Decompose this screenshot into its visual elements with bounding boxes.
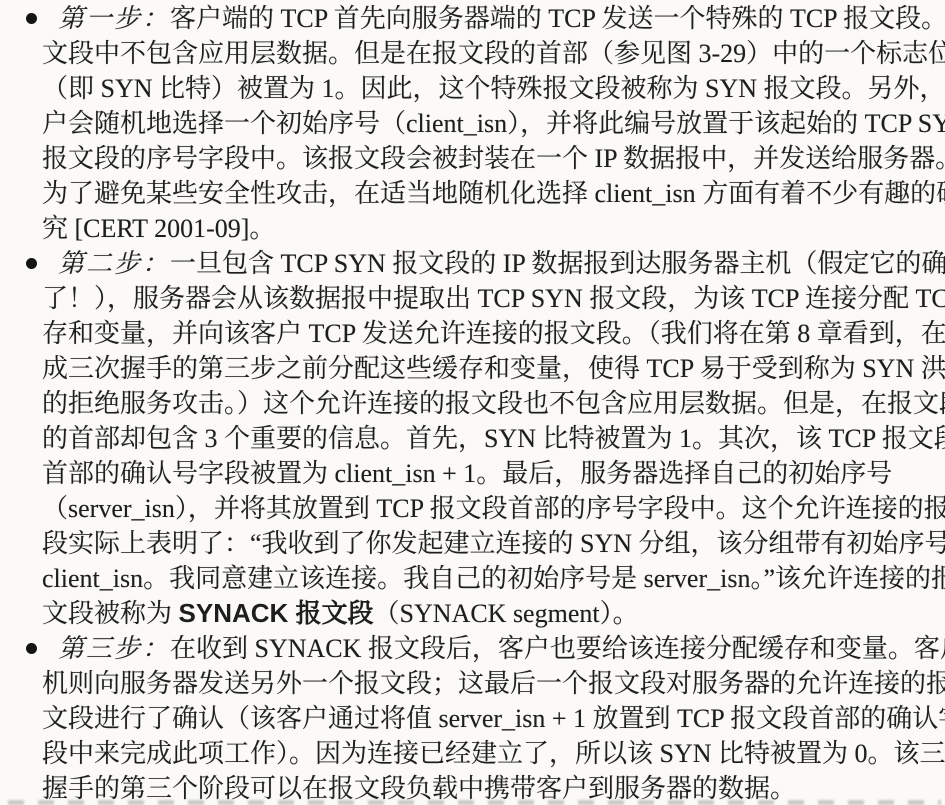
text-segment: （server_isn），并将其放置到 TCP 报文段首部的序号字段中。这个允许… bbox=[42, 494, 945, 523]
bold-term: SYNACK 报文段 bbox=[179, 598, 374, 628]
text-segment: 究 [CERT 2001-09]。 bbox=[42, 214, 275, 243]
steps-list: 第一步：客户端的 TCP 首先向服务器端的 TCP 发送一个特殊的 TCP 报文… bbox=[0, 0, 945, 805]
text-line: 第二步：一旦包含 TCP SYN 报文段的 IP 数据报到达服务器主机（假定它的… bbox=[42, 246, 945, 281]
text-line: （即 SYN 比特）被置为 1。因此，这个特殊报文段被称为 SYN 报文段。另外… bbox=[42, 71, 945, 106]
bullet-icon bbox=[26, 13, 37, 24]
list-item-step-2: 第二步：一旦包含 TCP SYN 报文段的 IP 数据报到达服务器主机（假定它的… bbox=[0, 246, 945, 631]
text-segment: 在收到 SYNACK 报文段后，客户也要给该连接分配缓存和变量。客户主 bbox=[170, 634, 945, 663]
text-segment: 握手的第三个阶段可以在报文段负载中携带客户到服务器的数据。 bbox=[42, 774, 796, 803]
list-item-step-3: 第三步：在收到 SYNACK 报文段后，客户也要给该连接分配缓存和变量。客户主机… bbox=[0, 631, 945, 805]
text-segment: 的首部却包含 3 个重要的信息。首先，SYN 比特被置为 1。其次，该 TCP … bbox=[42, 424, 945, 453]
text-line: client_isn。我同意建立该连接。我自己的初始序号是 server_isn… bbox=[42, 561, 945, 596]
text-line: 文段中不包含应用层数据。但是在报文段的首部（参见图 3-29）中的一个标志位 bbox=[42, 36, 945, 71]
text-line: 首部的确认号字段被置为 client_isn + 1。最后，服务器选择自己的初始… bbox=[42, 456, 945, 491]
text-line: 第三步：在收到 SYNACK 报文段后，客户也要给该连接分配缓存和变量。客户主 bbox=[42, 631, 945, 666]
text-line: 段中来完成此项工作）。因为连接已经建立了，所以该 SYN 比特被置为 0。该三次 bbox=[42, 736, 945, 771]
text-line: 存和变量，并向该客户 TCP 发送允许连接的报文段。（我们将在第 8 章看到，在… bbox=[42, 316, 945, 351]
text-segment: 客户端的 TCP 首先向服务器端的 TCP 发送一个特殊的 TCP 报文段。该报 bbox=[170, 4, 945, 33]
list-item-step-1: 第一步：客户端的 TCP 首先向服务器端的 TCP 发送一个特殊的 TCP 报文… bbox=[0, 1, 945, 246]
text-segment: 一旦包含 TCP SYN 报文段的 IP 数据报到达服务器主机（假定它的确到达 bbox=[170, 249, 945, 278]
text-line: 机则向服务器发送另外一个报文段；这最后一个报文段对服务器的允许连接的报 bbox=[42, 666, 945, 701]
text-line: 户会随机地选择一个初始序号（client_isn），并将此编号放置于该起始的 T… bbox=[42, 106, 945, 141]
text-segment: 成三次握手的第三步之前分配这些缓存和变量，使得 TCP 易于受到称为 SYN 洪… bbox=[42, 354, 945, 383]
text-segment: （SYNACK segment）。 bbox=[374, 599, 639, 628]
text-line: 的拒绝服务攻击。）这个允许连接的报文段也不包含应用层数据。但是，在报文段 bbox=[42, 386, 945, 421]
text-segment: 户会随机地选择一个初始序号（client_isn），并将此编号放置于该起始的 T… bbox=[42, 109, 945, 138]
bullet-icon bbox=[26, 258, 37, 269]
text-segment: 首部的确认号字段被置为 client_isn + 1。最后，服务器选择自己的初始… bbox=[42, 459, 892, 488]
text-segment: 机则向服务器发送另外一个报文段；这最后一个报文段对服务器的允许连接的报 bbox=[42, 669, 945, 698]
step-label: 第三步： bbox=[58, 634, 170, 663]
text-line: 段实际上表明了：“我收到了你发起建立连接的 SYN 分组，该分组带有初始序号 bbox=[42, 526, 945, 561]
text-segment: 了！），服务器会从该数据报中提取出 TCP SYN 报文段，为该 TCP 连接分… bbox=[42, 284, 945, 313]
text-line: （server_isn），并将其放置到 TCP 报文段首部的序号字段中。这个允许… bbox=[42, 491, 945, 526]
text-line: 成三次握手的第三步之前分配这些缓存和变量，使得 TCP 易于受到称为 SYN 洪… bbox=[42, 351, 945, 386]
text-line: 文段被称为 SYNACK 报文段（SYNACK segment）。 bbox=[42, 596, 945, 631]
bullet-icon bbox=[26, 643, 37, 654]
text-segment: 文段被称为 bbox=[42, 599, 179, 628]
scanned-book-page: 第一步：客户端的 TCP 首先向服务器端的 TCP 发送一个特殊的 TCP 报文… bbox=[0, 0, 945, 805]
text-line: 了！），服务器会从该数据报中提取出 TCP SYN 报文段，为该 TCP 连接分… bbox=[42, 281, 945, 316]
text-line: 报文段的序号字段中。该报文段会被封装在一个 IP 数据报中，并发送给服务器。 bbox=[42, 141, 945, 176]
step-label: 第二步： bbox=[58, 249, 170, 278]
text-segment: 文段中不包含应用层数据。但是在报文段的首部（参见图 3-29）中的一个标志位 bbox=[42, 39, 945, 68]
text-line: 的首部却包含 3 个重要的信息。首先，SYN 比特被置为 1。其次，该 TCP … bbox=[42, 421, 945, 456]
text-segment: 段实际上表明了：“我收到了你发起建立连接的 SYN 分组，该分组带有初始序号 bbox=[42, 529, 945, 558]
text-segment: 为了避免某些安全性攻击，在适当地随机化选择 client_isn 方面有着不少有… bbox=[42, 179, 945, 208]
scan-artifact-bottom-line bbox=[8, 800, 941, 805]
text-segment: 的拒绝服务攻击。）这个允许连接的报文段也不包含应用层数据。但是，在报文段 bbox=[42, 389, 945, 418]
step-label: 第一步： bbox=[58, 4, 170, 33]
text-line: 为了避免某些安全性攻击，在适当地随机化选择 client_isn 方面有着不少有… bbox=[42, 176, 945, 211]
text-segment: client_isn。我同意建立该连接。我自己的初始序号是 server_isn… bbox=[42, 564, 945, 593]
text-segment: 文段进行了确认（该客户通过将值 server_isn + 1 放置到 TCP 报… bbox=[42, 704, 945, 733]
text-line: 究 [CERT 2001-09]。 bbox=[42, 211, 945, 246]
text-line: 文段进行了确认（该客户通过将值 server_isn + 1 放置到 TCP 报… bbox=[42, 701, 945, 736]
text-line: 第一步：客户端的 TCP 首先向服务器端的 TCP 发送一个特殊的 TCP 报文… bbox=[42, 1, 945, 36]
text-segment: 段中来完成此项工作）。因为连接已经建立了，所以该 SYN 比特被置为 0。该三次 bbox=[42, 739, 945, 768]
text-segment: 存和变量，并向该客户 TCP 发送允许连接的报文段。（我们将在第 8 章看到，在… bbox=[42, 319, 945, 348]
text-segment: 报文段的序号字段中。该报文段会被封装在一个 IP 数据报中，并发送给服务器。 bbox=[42, 144, 945, 173]
text-segment: （即 SYN 比特）被置为 1。因此，这个特殊报文段被称为 SYN 报文段。另外… bbox=[42, 74, 945, 103]
